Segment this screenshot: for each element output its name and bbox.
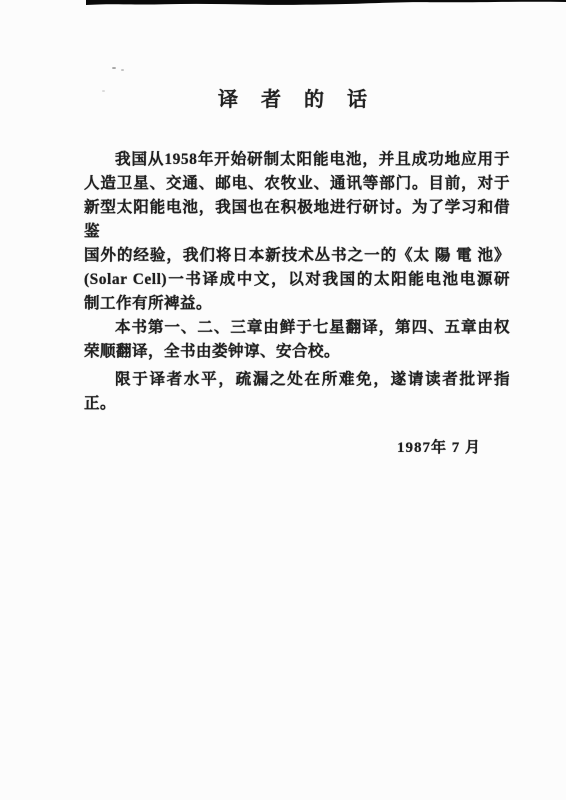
text-column: 译 者 的 话 我国从1958年开始研制太阳能电池，并且成功地应用于 人造卫星、… [84, 83, 510, 457]
text-line: 制工作有所裨益。 [84, 292, 510, 316]
text-line: 正。 [84, 392, 510, 416]
scanned-book-page: 译 者 的 话 我国从1958年开始研制太阳能电池，并且成功地应用于 人造卫星、… [0, 0, 566, 800]
scan-speck [112, 67, 116, 69]
page-title: 译 者 的 话 [84, 83, 510, 112]
paragraph-apology: 限于译者水平，疏漏之处在所难免，遂请读者批评指 正。 [84, 368, 510, 416]
text-line: 本书第一、二、三章由鲜于七星翻译，第四、五章由权 [84, 316, 510, 340]
paragraph-intro: 我国从1958年开始研制太阳能电池，并且成功地应用于 人造卫星、交通、邮电、农牧… [84, 148, 510, 316]
text-line: 新型太阳能电池，我国也在积极地进行研讨。为了学习和借鉴 [84, 196, 510, 244]
scan-edge-artifact [0, 0, 566, 8]
scan-speck [121, 69, 124, 71]
text-line: 我国从1958年开始研制太阳能电池，并且成功地应用于 [84, 148, 510, 172]
text-line: 限于译者水平，疏漏之处在所难免，遂请读者批评指 [84, 368, 510, 392]
text-line: 荣顺翻译，全书由娄钟谆、安合校。 [84, 340, 510, 364]
text-line: 人造卫星、交通、邮电、农牧业、通讯等部门。目前，对于 [84, 172, 510, 196]
text-line: (Solar Cell)一书译成中文，以对我国的太阳能电池电源研 [84, 268, 510, 292]
text-line: 国外的经验，我们将日本新技术丛书之一的《太 陽 電 池》 [84, 244, 510, 268]
date-line: 1987年 7 月 [84, 436, 510, 457]
paragraph-translators: 本书第一、二、三章由鲜于七星翻译，第四、五章由权 荣顺翻译，全书由娄钟谆、安合校… [84, 316, 510, 364]
